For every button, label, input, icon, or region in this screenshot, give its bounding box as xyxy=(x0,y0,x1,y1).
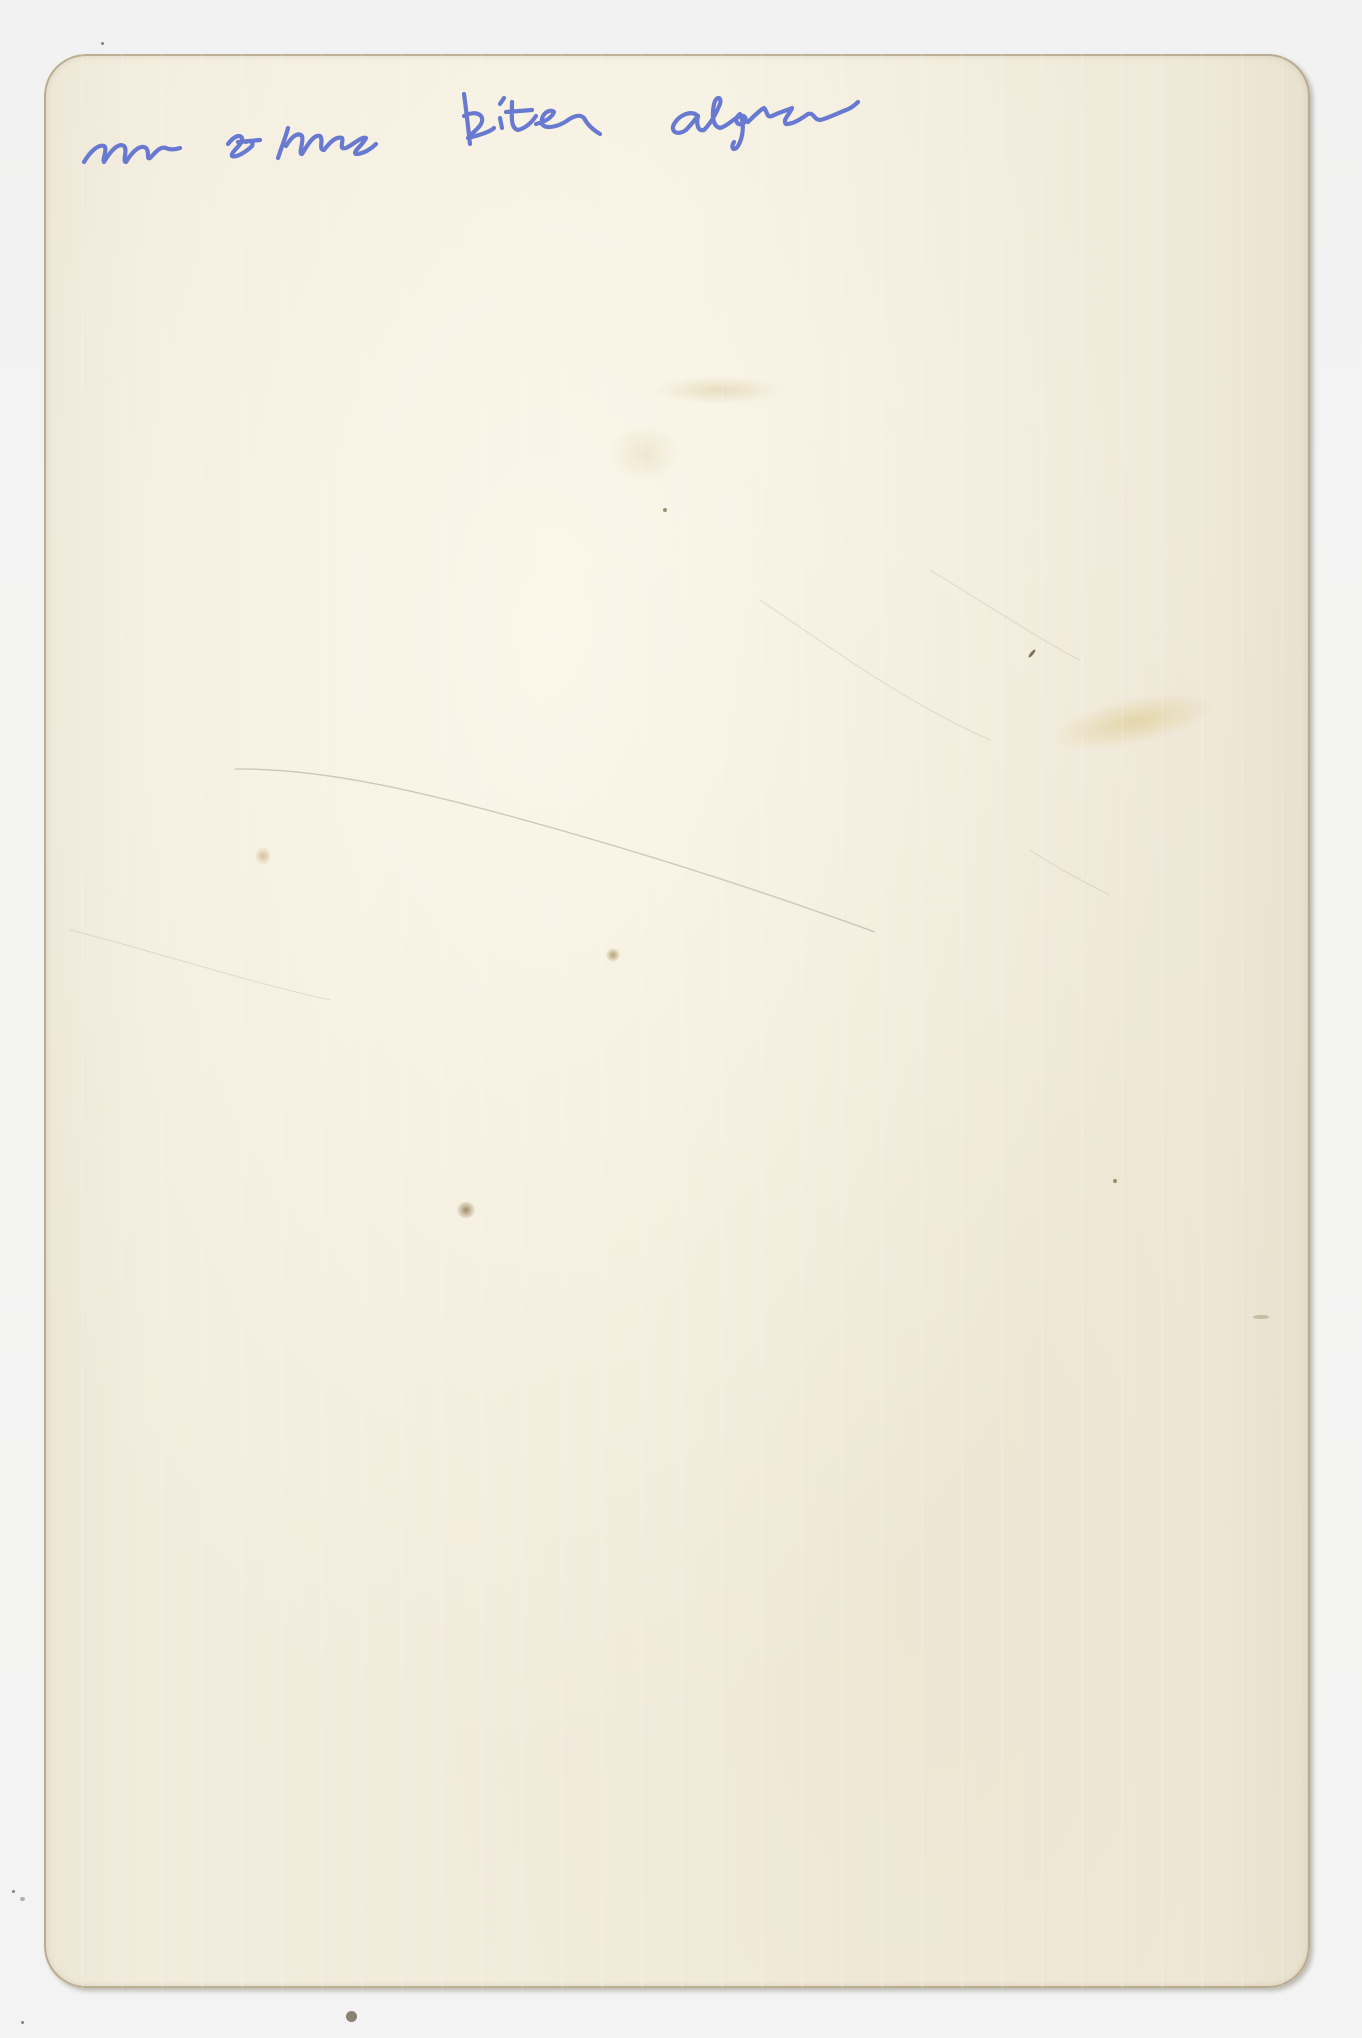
water-stain xyxy=(1051,683,1217,760)
debris-dot xyxy=(20,1897,25,1901)
cabinet-card-back xyxy=(44,54,1310,1988)
handwritten-inscription: mr & mrs Siter algren xyxy=(80,66,980,186)
glue-stain xyxy=(654,376,784,404)
debris-dot xyxy=(101,42,104,45)
debris-dot xyxy=(346,2011,357,2022)
debris-dot xyxy=(21,2021,24,2024)
glue-stain xyxy=(609,424,679,484)
debris-dot xyxy=(12,1890,15,1893)
